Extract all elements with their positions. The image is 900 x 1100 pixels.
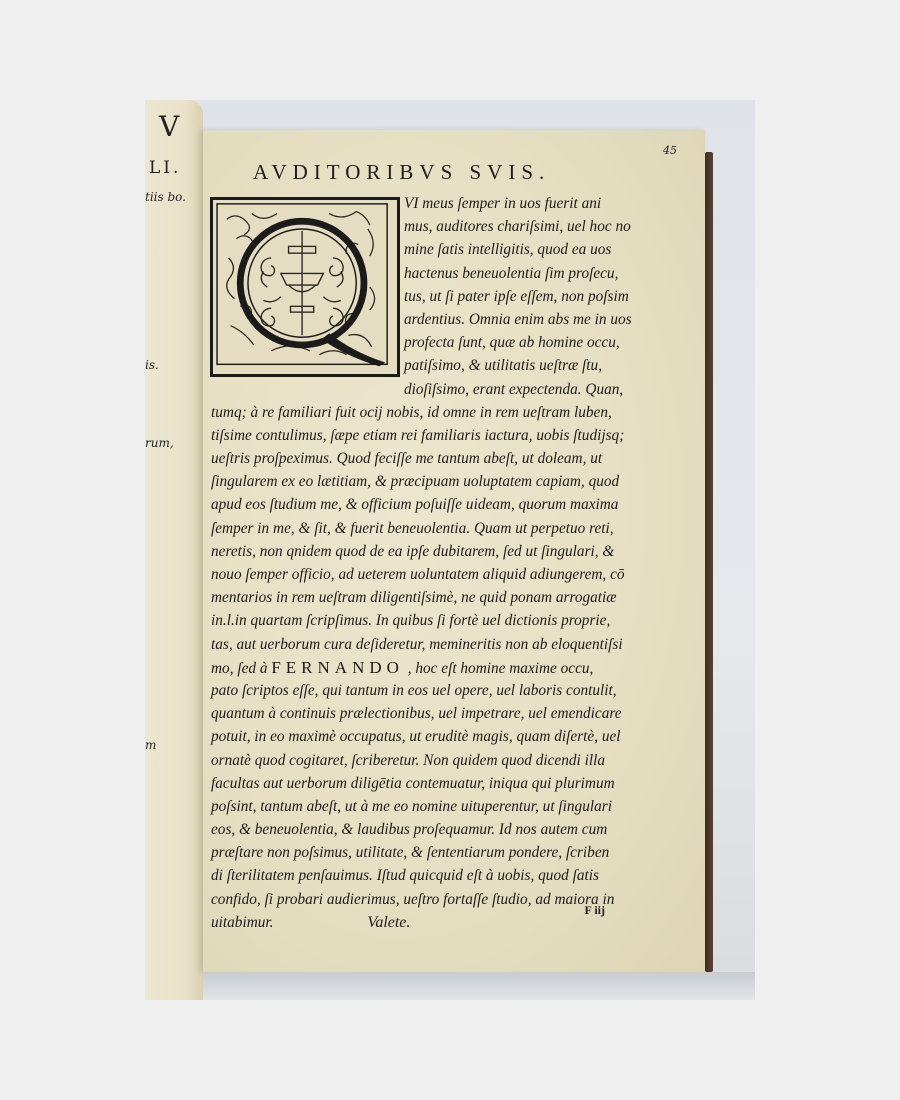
- text-line: tiſsime contulimus, ſæpe etiam rei famil…: [211, 424, 691, 447]
- text-line: potuit, in eo maximè occupatus, ut erudi…: [211, 725, 691, 748]
- text-line: facultas aut uerborum diligētia contemua…: [211, 772, 691, 795]
- text-line: tumq; à re familiari fuit ocij nobis, id…: [211, 401, 691, 424]
- right-page: 45 AVDITORIBVS SVIS.: [203, 130, 705, 972]
- page-number: 45: [663, 144, 677, 157]
- text-line: in.l.in quartam ſcripſimus. In quibus ſi…: [211, 609, 691, 632]
- text-line: ueſtris proſpeximus. Quod feciſſe me tan…: [211, 447, 691, 470]
- text-line: ornatè quod cogitaret, ſcriberetur. Non …: [211, 749, 691, 772]
- text-line: mus, auditores chariſsimi, uel hoc no: [211, 215, 691, 238]
- text-line: tas, aut uerborum cura deſideretur, memi…: [211, 633, 691, 656]
- table-surface-shadow: [203, 972, 755, 1000]
- book-photograph: V LI. tiis bo. is. rum, m 45 AVDITORIBVS…: [145, 100, 755, 1000]
- text-line: eos, & beneuolentia, & laudibus proſequa…: [211, 818, 691, 841]
- text-line: poſsint, tantum abeſt, ut à me eo nomine…: [211, 795, 691, 818]
- left-page-fragment: V LI. tiis bo. is. rum, m: [145, 100, 203, 1000]
- left-page-text: V: [159, 110, 181, 143]
- text-line: ſemper in me, & ſit, & fuerit beneuolent…: [211, 517, 691, 540]
- text-line: ſingularem ex eo lætitiam, & præcipuam u…: [211, 470, 691, 493]
- text-line: quantum à continuis prælectionibus, uel …: [211, 702, 691, 725]
- author-name: FERNANDO: [271, 658, 404, 677]
- text-line: mentarios in rem ueſtram diligentiſsimè,…: [211, 586, 691, 609]
- text-span: mo, ſed à: [211, 660, 268, 677]
- left-page-text: LI.: [149, 158, 181, 178]
- text-line: dioſiſsimo, erant expectenda. Quan,: [211, 378, 691, 401]
- running-head: AVDITORIBVS SVIS.: [253, 160, 550, 185]
- text-line: profecta ſunt, quæ ab homine occu,: [211, 331, 691, 354]
- text-span: , hoc eſt homine maxime occu,: [408, 660, 594, 677]
- text-line: mine ſatis intelligitis, quod ea uos: [211, 238, 691, 261]
- text-line: uitabimur. Valete.: [211, 911, 691, 934]
- left-page-text: tiis bo.: [145, 190, 186, 204]
- body-text: VI meus ſemper in uos fuerit ani mus, au…: [211, 192, 691, 934]
- text-line: præſtare non poſsimus, utilitate, & ſent…: [211, 841, 691, 864]
- text-line: ardentius. Omnia enim abs me in uos: [211, 308, 691, 331]
- left-page-text: is.: [145, 358, 159, 372]
- left-page-text: rum,: [145, 436, 174, 450]
- closing-valete: Valete.: [277, 914, 410, 931]
- signature-mark: F iij: [584, 903, 605, 918]
- text-line: apud eos ſtudium me, & officium poſuiſſe…: [211, 493, 691, 516]
- text-line: di ſterilitatem penſauimus. Iſtud quicqu…: [211, 864, 691, 887]
- text-line: patiſsimo, & utilitatis ueſtræ ſtu,: [211, 354, 691, 377]
- book-fore-edge: [705, 152, 713, 972]
- text-span: uitabimur.: [211, 914, 273, 931]
- text-line: confido, ſi probari audierimus, ueſtro f…: [211, 888, 691, 911]
- text-line: hactenus beneuolentia ſim proſecu,: [211, 262, 691, 285]
- left-page-text: m: [145, 738, 156, 752]
- text-line: nouo ſemper officio, ad ueterem uoluntat…: [211, 563, 691, 586]
- text-line: tus, ut ſi pater ipſe eſſem, non poſsim: [211, 285, 691, 308]
- text-line: pato ſcriptos eſſe, qui tantum in eos ue…: [211, 679, 691, 702]
- text-line: mo, ſed à FERNANDO , hoc eſt homine maxi…: [211, 656, 691, 679]
- text-line: neretis, non qnidem quod de ea ipſe dubi…: [211, 540, 691, 563]
- text-line: VI meus ſemper in uos fuerit ani: [211, 192, 691, 215]
